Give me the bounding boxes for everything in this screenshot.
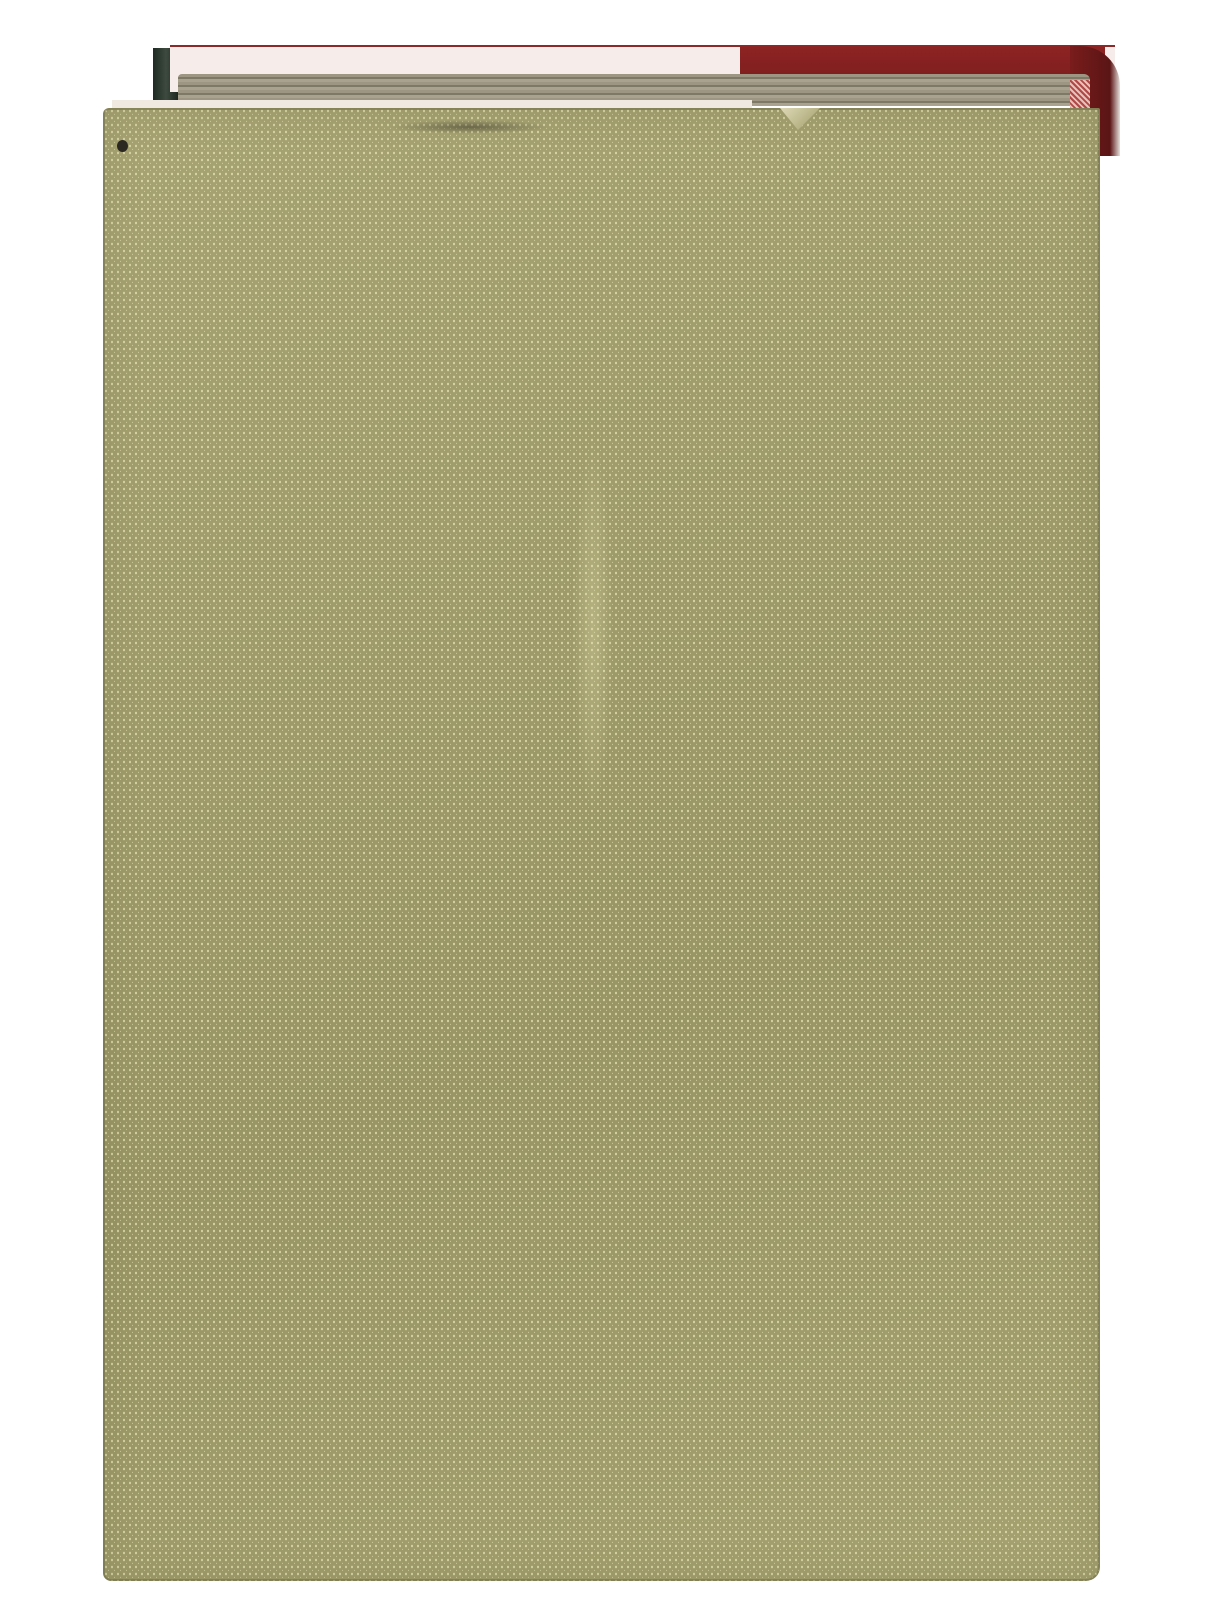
wear-mark	[573, 438, 613, 818]
back-cover	[103, 108, 1100, 1581]
jacket-hole	[117, 140, 128, 152]
headband	[1070, 80, 1090, 110]
book-photo	[0, 0, 1219, 1600]
scuff-mark	[390, 120, 550, 134]
